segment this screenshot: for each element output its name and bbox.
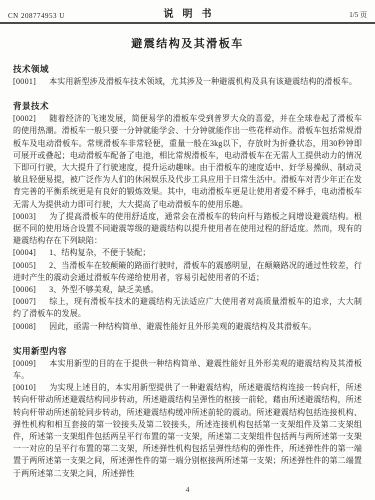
- paragraph-text: 因此，亟需一种结构简单、避震性能好且外形美观的避震结构及其滑板车。: [49, 322, 316, 331]
- paragraph-number: [0009]: [13, 358, 36, 370]
- section-heading-background: 背景技术: [13, 100, 362, 112]
- paragraph-text: 综上，现有滑板车技术的避震结构无法适应广大使用者对高质量滑板车的追求，大大制约了…: [13, 297, 362, 318]
- paragraph-0006: [0006]3、外型不够美观，缺乏美感。: [13, 284, 362, 296]
- paragraph-number: [0002]: [13, 113, 36, 125]
- paragraph-number: [0006]: [13, 284, 36, 296]
- paragraph-text: 3、外型不够美观，缺乏美感。: [49, 285, 158, 294]
- paragraph-0004: [0004]1、结构复杂，不便于装配；: [13, 247, 362, 259]
- specification-body: 技术领域 [0001]本实用新型涉及滑板车技术领域，尤其涉及一种避震机构及具有该…: [0, 63, 375, 480]
- footer-page-number: 4: [0, 485, 375, 494]
- section-heading-technical-field: 技术领域: [13, 63, 362, 75]
- paragraph-text: 为了提高滑板车的使用舒适度，通常会在滑板车的转向杆与踏板之间增设避震结构。根据不…: [13, 212, 362, 245]
- paragraph-text: 本实用新型涉及滑板车技术领域，尤其涉及一种避震机构及具有该避震结构的滑板车。: [49, 77, 357, 86]
- paragraph-number: [0007]: [13, 296, 36, 308]
- paragraph-0003: [0003]为了提高滑板车的使用舒适度，通常会在滑板车的转向杆与踏板之间增设避震…: [13, 211, 362, 248]
- paragraph-number: [0008]: [13, 321, 36, 333]
- paragraph-0007: [0007]综上，现有滑板车技术的避震结构无法适应广大使用者对高质量滑板车的追求…: [13, 296, 362, 320]
- document-type-title: 说明书: [118, 5, 257, 20]
- paragraph-number: [0010]: [13, 382, 36, 394]
- paragraph-text: 随着经济的飞速发展，简便易学的滑板车受到普罗大众的喜爱，并在全球卷起了滑板车的使…: [13, 114, 362, 208]
- paragraph-number: [0004]: [13, 247, 36, 259]
- paragraph-0009: [0009]本实用新型的目的在于提供一种结构简单、避震性能好且外形美观的避震结构…: [13, 358, 362, 382]
- paragraph-0010: [0010]为实现上述目的，本实用新型提供了一种避震结构，所述避震结构连接一转向…: [13, 382, 362, 480]
- page-header: CN 208774953 U 说明书 1/5 页: [0, 0, 375, 24]
- invention-title: 避震结构及其滑板车: [0, 35, 375, 51]
- patent-specification-page: CN 208774953 U 说明书 1/5 页 避震结构及其滑板车 技术领域 …: [0, 0, 375, 500]
- paragraph-text: 为实现上述目的，本实用新型提供了一种避震结构，所述避震结构连接一转向杆，所述转向…: [13, 383, 362, 477]
- paragraph-text: 1、结构复杂，不便于装配；: [49, 248, 150, 257]
- page-indicator: 1/5 页: [257, 10, 367, 20]
- section-heading-utility-model-content: 实用新型内容: [13, 345, 362, 357]
- paragraph-text: 本实用新型的目的在于提供一种结构简单、避震性能好且外形美观的避震结构及其滑板车。: [13, 359, 362, 380]
- paragraph-0002: [0002]随着经济的飞速发展，简便易学的滑板车受到普罗大众的喜爱，并在全球卷起…: [13, 113, 362, 211]
- paragraph-text: 2、当滑板车在较颠簸的路面行驶时，滑板车的震感明显，在颠簸路况的通过性较差，行进…: [13, 261, 362, 282]
- patent-number: CN 208774953 U: [8, 12, 118, 20]
- paragraph-number: [0001]: [13, 76, 36, 88]
- paragraph-number: [0003]: [13, 211, 36, 223]
- paragraph-0001: [0001]本实用新型涉及滑板车技术领域，尤其涉及一种避震机构及具有该避震结构的…: [13, 76, 362, 88]
- paragraph-0008: [0008]因此，亟需一种结构简单、避震性能好且外形美观的避震结构及其滑板车。: [13, 321, 362, 333]
- paragraph-number: [0005]: [13, 260, 36, 272]
- paragraph-0005: [0005]2、当滑板车在较颠簸的路面行驶时，滑板车的震感明显，在颠簸路况的通过…: [13, 260, 362, 284]
